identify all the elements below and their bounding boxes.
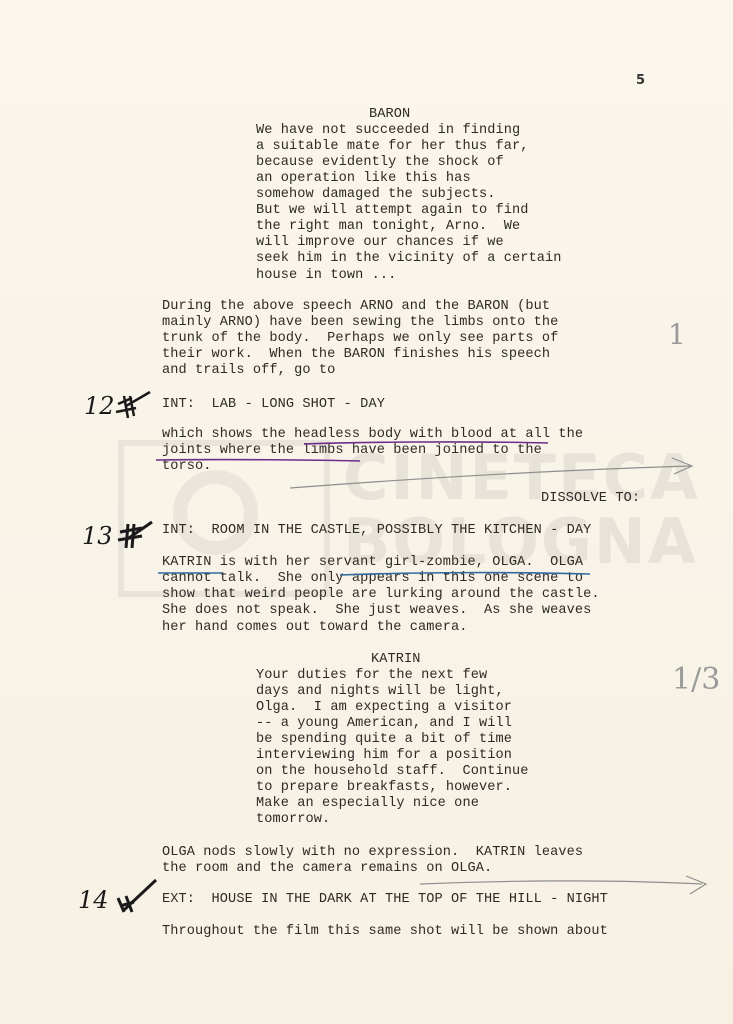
watermark-logo-icon bbox=[173, 470, 258, 555]
dialogue-line: Your duties for the next few bbox=[256, 668, 487, 684]
action-line: which shows the headless body with blood… bbox=[162, 427, 583, 443]
dialogue-line: days and nights will be light, bbox=[256, 684, 504, 700]
action-line: mainly ARNO) have been sewing the limbs … bbox=[162, 315, 558, 331]
dialogue-line: -- a young American, and I will bbox=[256, 716, 512, 732]
character-cue-katrin: KATRIN bbox=[371, 652, 421, 668]
action-line: She does not speak. She just weaves. As … bbox=[162, 603, 591, 619]
dialogue-line: to prepare breakfasts, however. bbox=[256, 780, 512, 796]
action-line: her hand comes out toward the camera. bbox=[162, 620, 468, 636]
action-line: show that weird people are lurking aroun… bbox=[162, 587, 600, 603]
dialogue-line: on the household staff. Continue bbox=[256, 764, 529, 780]
strikethrough-mark-12 bbox=[116, 392, 150, 418]
transition-dissolve: DISSOLVE TO: bbox=[541, 491, 640, 507]
action-line: During the above speech ARNO and the BAR… bbox=[162, 299, 550, 315]
scene-number-12: 12 bbox=[84, 392, 115, 420]
action-line: Throughout the film this same shot will … bbox=[162, 924, 608, 940]
action-line: and trails off, go to bbox=[162, 363, 335, 379]
page-number: 5 bbox=[636, 73, 645, 88]
dialogue-line: be spending quite a bit of time bbox=[256, 732, 512, 748]
margin-note-fraction: 1/3 bbox=[672, 662, 720, 697]
dialogue-line: Make an especially nice one bbox=[256, 796, 479, 812]
margin-note-1: 1 bbox=[668, 318, 686, 351]
action-line: cannot talk. She only appears in this on… bbox=[162, 571, 583, 587]
dialogue-line: somehow damaged the subjects. bbox=[256, 187, 495, 203]
scene-number-13: 13 bbox=[82, 522, 113, 550]
action-line: KATRIN is with her servant girl-zombie, … bbox=[162, 555, 583, 571]
dialogue-line: tomorrow. bbox=[256, 812, 330, 828]
dialogue-line: seek him in the vicinity of a certain bbox=[256, 251, 562, 267]
dialogue-line: will improve our chances if we bbox=[256, 235, 504, 251]
dialogue-line: But we will attempt again to find bbox=[256, 203, 529, 219]
action-line: torso. bbox=[162, 459, 212, 475]
scene-heading-12: INT: LAB - LONG SHOT - DAY bbox=[162, 397, 385, 413]
script-page: CINETECA BOLOGNA 5 BARON We have not suc… bbox=[0, 0, 733, 1024]
character-cue-baron: BARON bbox=[369, 107, 410, 123]
action-line: trunk of the body. Perhaps we only see p… bbox=[162, 331, 558, 347]
action-line: joints where the limbs have been joined … bbox=[162, 443, 542, 459]
action-line: their work. When the BARON finishes his … bbox=[162, 347, 550, 363]
scene-heading-14: EXT: HOUSE IN THE DARK AT THE TOP OF THE… bbox=[162, 892, 608, 908]
dialogue-line: an operation like this has bbox=[256, 171, 471, 187]
action-line: OLGA nods slowly with no expression. KAT… bbox=[162, 845, 583, 861]
dialogue-line: the right man tonight, Arno. We bbox=[256, 219, 520, 235]
dialogue-line: interviewing him for a position bbox=[256, 748, 512, 764]
dialogue-line: house in town ... bbox=[256, 268, 396, 284]
scene-number-14: 14 bbox=[78, 886, 109, 914]
dialogue-line: because evidently the shock of bbox=[256, 155, 504, 171]
strikethrough-mark-14 bbox=[118, 880, 156, 912]
dialogue-line: We have not succeeded in finding bbox=[256, 123, 520, 139]
scene-heading-13: INT: ROOM IN THE CASTLE, POSSIBLY THE KI… bbox=[162, 523, 591, 539]
action-line: the room and the camera remains on OLGA. bbox=[162, 861, 492, 877]
dialogue-line: a suitable mate for her thus far, bbox=[256, 139, 529, 155]
dialogue-line: Olga. I am expecting a visitor bbox=[256, 700, 512, 716]
